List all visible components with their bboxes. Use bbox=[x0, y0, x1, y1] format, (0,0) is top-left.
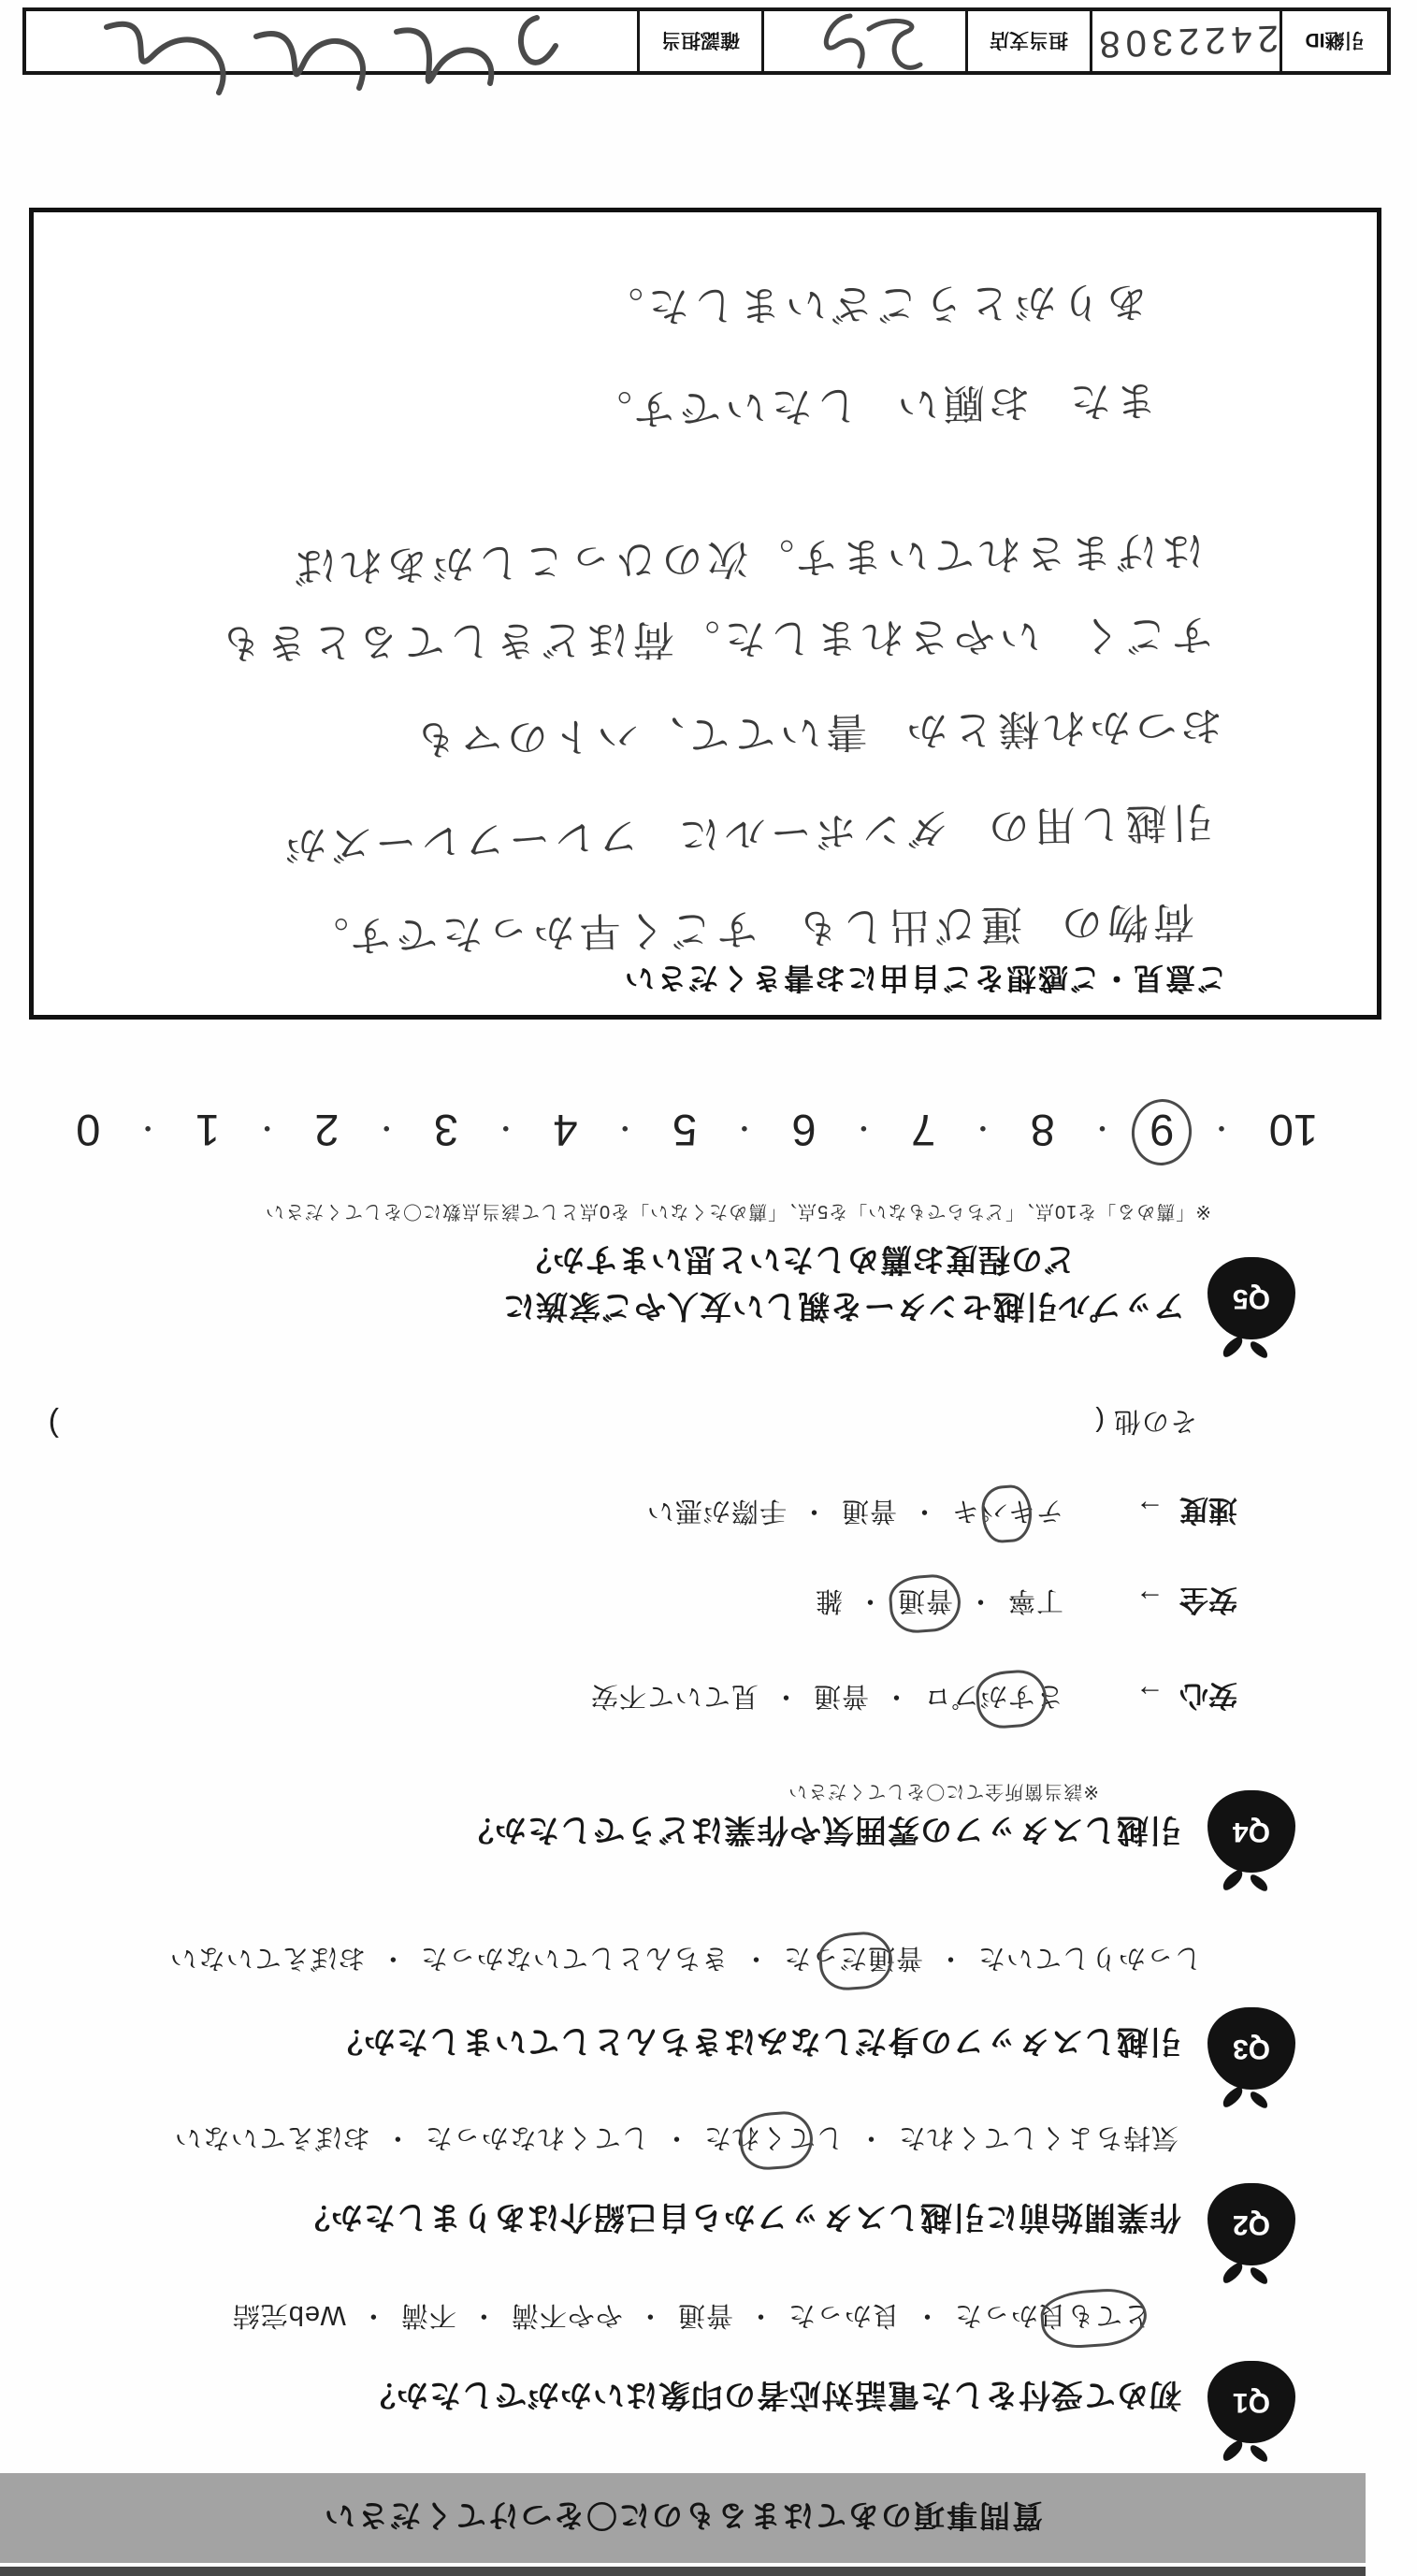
page-sheet: 質問事項のあてはまるものに〇をつけてください Q1 初めて受付をした電話対応者の… bbox=[0, 0, 1417, 2576]
handwriting-line: すごく いやされました。荷ほどきしてるときも bbox=[216, 608, 1214, 676]
field-value-handover-id: 2422308 bbox=[1090, 11, 1280, 71]
handwriting-line: また お願い したいです。 bbox=[586, 374, 1158, 444]
q5-badge-apple-icon: Q5 bbox=[1207, 1257, 1295, 1339]
q3-option: おぼえていない bbox=[169, 1941, 366, 1979]
q2-option: おぼえていない bbox=[174, 2120, 370, 2159]
option-separator: ・ bbox=[383, 2122, 412, 2152]
q4-note: ※該当箇所全てに〇をしてください bbox=[788, 1780, 1099, 1807]
q4-option: 普通 bbox=[841, 1494, 897, 1532]
handwriting-line: おつかれ様とか 書いてて、ハトのマも bbox=[410, 699, 1222, 773]
q3-question-text: 引越しスタッフの身だしなみはきちんとしていましたか？ bbox=[330, 2021, 1181, 2067]
option-separator: ・ bbox=[882, 1681, 910, 1711]
scale-number: 2 bbox=[309, 1105, 344, 1156]
option-separator: ・ bbox=[379, 1943, 407, 1973]
scale-number-selected: 9 bbox=[1144, 1105, 1179, 1156]
q3-badge-apple-icon: Q3 bbox=[1207, 2007, 1295, 2090]
arrow-icon: → bbox=[1135, 1679, 1164, 1712]
q1-badge-apple-icon: Q1 bbox=[1207, 2361, 1295, 2443]
option-separator: ・ bbox=[913, 2300, 941, 2330]
scale-number: 5 bbox=[667, 1105, 702, 1156]
q4-aspect-label-anshin: 安心→ bbox=[1135, 1677, 1237, 1719]
q3-option: しっかりしていた bbox=[977, 1941, 1202, 1979]
q3-badge-label: Q3 bbox=[1233, 2033, 1270, 2064]
q5-badge-label: Q5 bbox=[1233, 1282, 1270, 1314]
q4-option: 雑 bbox=[815, 1584, 843, 1622]
q4-aspect-label-sokudo: 速度→ bbox=[1135, 1492, 1237, 1534]
q4-aspect-label-anzen: 安全→ bbox=[1135, 1582, 1237, 1624]
scanner-edge-strip bbox=[0, 2567, 1366, 2576]
branch-handwriting-scribble bbox=[781, 0, 949, 83]
q2-option-selected: してくれた bbox=[703, 2120, 844, 2159]
q4-option: 丁寧 bbox=[1007, 1584, 1063, 1622]
handwriting-line: 引越し用の ダンボールに フレーフレーズが bbox=[280, 795, 1213, 879]
scale-number: 8 bbox=[1025, 1105, 1061, 1156]
q5-question-line1: アップル引越センターを親しい友人やご家族に bbox=[502, 1286, 1185, 1332]
q3-option-selected: 普通だった bbox=[783, 1941, 923, 1979]
option-separator: ・ bbox=[800, 1496, 828, 1526]
q4-option: 普通 bbox=[813, 1679, 869, 1717]
q1-options: とても良かった・良かった・普通・やや不満・不満・Web完結 bbox=[232, 2298, 1150, 2337]
q2-option: してくれなかった bbox=[425, 2120, 649, 2159]
q5-question-line2: どの程度お薦めしたいと思いますか？ bbox=[519, 1239, 1076, 1285]
field-label-branch: 担当支店 bbox=[965, 11, 1090, 71]
scale-number: 4 bbox=[547, 1105, 583, 1156]
scale-number: 1 bbox=[190, 1105, 225, 1156]
option-separator: ・ bbox=[746, 2300, 774, 2330]
option-separator: ・ bbox=[742, 1943, 770, 1973]
q2-badge-label: Q2 bbox=[1233, 2208, 1270, 2240]
staff-id-table: 引継ID 2422308 担当支店 確認担当 bbox=[22, 7, 1391, 75]
option-separator: ・ bbox=[936, 1943, 964, 1973]
q1-option: やや不満 bbox=[511, 2298, 623, 2337]
q4-aspect-options-anzen: 丁寧・普通・雑 bbox=[815, 1584, 1063, 1622]
q4-option-selected: テキパキ bbox=[951, 1494, 1063, 1532]
q1-option: 不満 bbox=[400, 2298, 456, 2337]
option-separator: ・ bbox=[857, 2122, 885, 2152]
q3-options: しっかりしていた・普通だった・きちんとしていなかった・おぼえていない bbox=[169, 1941, 1202, 1979]
q4-question-text: 引越しスタッフの雰囲気や作業はどうでしたか？ bbox=[461, 1810, 1181, 1856]
option-separator: ・ bbox=[470, 2300, 498, 2330]
handwriting-line: ありがとうございました。 bbox=[598, 275, 1149, 340]
comment-header: ご意見・ご感想をご自由にお書きください bbox=[623, 959, 1227, 1002]
q1-option: 良かった bbox=[788, 2298, 900, 2337]
q2-badge-apple-icon: Q2 bbox=[1207, 2183, 1295, 2265]
option-separator: ・ bbox=[359, 2300, 387, 2330]
q4-other-field: その他 ( bbox=[1094, 1404, 1197, 1442]
option-separator: ・ bbox=[662, 2122, 690, 2152]
q5-note: ※「薦める」を10点、「どちらでもない」を5点、「薦めたくない」を0点として該当… bbox=[265, 1200, 1211, 1227]
q4-aspect-options-anshin: さすがプロ・普通・見ていて不安 bbox=[590, 1679, 1063, 1717]
q4-other-close-paren: ) bbox=[49, 1406, 59, 1442]
arrow-icon: → bbox=[1135, 1584, 1164, 1616]
option-separator: ・ bbox=[910, 1496, 938, 1526]
field-value-confirmer bbox=[26, 11, 637, 71]
q4-other-label: その他 ( bbox=[1094, 1406, 1197, 1436]
scale-number: 7 bbox=[905, 1105, 941, 1156]
comment-box: ご意見・ご感想をご自由にお書きください 荷物の 運び出しも すごく早かったです。… bbox=[29, 208, 1381, 1020]
option-separator: ・ bbox=[636, 2300, 664, 2330]
q4-option-selected: 普通 bbox=[897, 1584, 953, 1622]
arrow-icon: → bbox=[1135, 1494, 1164, 1527]
instruction-bar: 質問事項のあてはまるものに〇をつけてください bbox=[0, 2473, 1366, 2563]
confirmer-signature-scribble bbox=[70, 0, 594, 130]
scale-number: 0 bbox=[70, 1105, 106, 1156]
q1-badge-label: Q1 bbox=[1233, 2386, 1270, 2418]
option-separator: ・ bbox=[966, 1585, 994, 1615]
q4-option: 見ていて不安 bbox=[590, 1679, 759, 1717]
q1-option: Web完結 bbox=[232, 2298, 346, 2337]
scale-number: 6 bbox=[787, 1105, 822, 1156]
q4-option-selected: さすがプロ bbox=[923, 1679, 1063, 1717]
q2-option: 気持ちよくしてくれた bbox=[898, 2120, 1178, 2159]
q4-badge-apple-icon: Q4 bbox=[1207, 1790, 1295, 1873]
q1-option: 普通 bbox=[677, 2298, 733, 2337]
field-value-branch bbox=[761, 11, 965, 71]
scanned-survey-page: 質問事項のあてはまるものに〇をつけてください Q1 初めて受付をした電話対応者の… bbox=[0, 0, 1417, 2576]
q5-rating-scale: 10・ 9・ 8・ 7・ 6・ 5・ 4・ 3・ 2・ 1・ 0 bbox=[70, 1105, 1323, 1156]
q4-badge-label: Q4 bbox=[1233, 1816, 1270, 1847]
q2-options: 気持ちよくしてくれた・してくれた・してくれなかった・おぼえていない bbox=[174, 2120, 1178, 2159]
option-separator: ・ bbox=[772, 1681, 800, 1711]
q4-aspect-options-sokudo: テキパキ・普通・手際が悪い bbox=[646, 1494, 1063, 1532]
q4-option: 手際が悪い bbox=[646, 1494, 787, 1532]
q2-question-text: 作業開始前に引越しスタッフから自己紹介はありましたか？ bbox=[297, 2197, 1181, 2243]
field-label-handover-id: 引継ID bbox=[1280, 11, 1387, 71]
handwriting-line: はげまされています。次のひっこしがあれば bbox=[290, 524, 1204, 600]
field-label-confirmer: 確認担当 bbox=[637, 11, 761, 71]
q3-option: きちんとしていなかった bbox=[420, 1941, 729, 1979]
q1-question-text: 初めて受付をした電話対応者の印象はいかがでしたか？ bbox=[363, 2375, 1181, 2421]
q1-option-selected: とても良かった bbox=[954, 2298, 1150, 2337]
scale-number: 10 bbox=[1264, 1105, 1323, 1156]
scale-number: 3 bbox=[428, 1105, 464, 1156]
option-separator: ・ bbox=[856, 1585, 884, 1615]
